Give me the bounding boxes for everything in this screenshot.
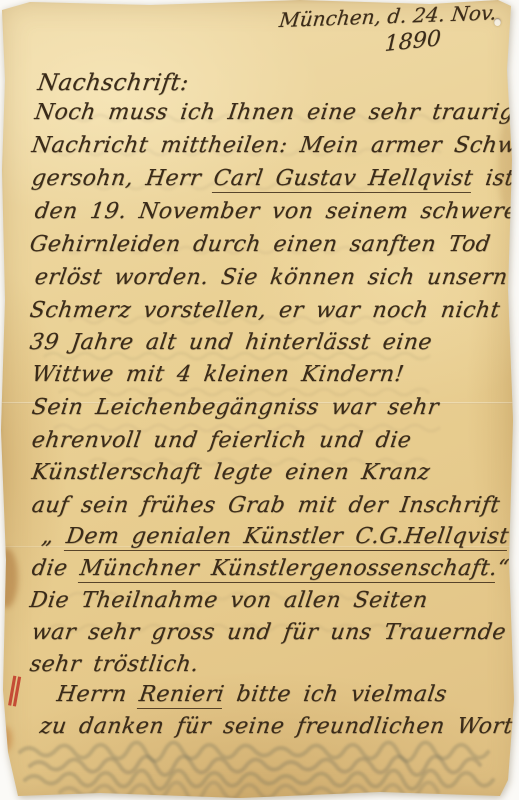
line-text: gersohn, Herr <box>30 166 215 191</box>
letter-line: auf sein frühes Grab mit der Inschrift <box>30 493 502 519</box>
letter-line: Gehirnleiden durch einen sanften Tod <box>28 232 492 258</box>
letter-line: Schmerz vorstellen, er war noch nicht <box>28 298 502 324</box>
letter-line: gersohn, Herr Carl Gustav Hellqvist ist <box>30 166 516 192</box>
line-text: Noch muss ich Ihnen eine sehr traurige <box>33 100 519 125</box>
line-text: Nachricht mittheilen: Mein armer Schwie- <box>30 133 519 158</box>
line-text: Die Theilnahme von allen Seiten <box>28 588 429 613</box>
dateline: München, d. 24. Nov. <box>278 0 498 32</box>
letter-line: den 19. November von seinem schweren <box>33 199 519 225</box>
letter-line: „ Dem genialen Künstler C.G.Hellqvist <box>40 524 510 550</box>
underlined-name: Carl Gustav Hellqvist <box>212 166 475 193</box>
dateline-year: 1890 <box>384 26 441 57</box>
line-text: bitte ich vielmals <box>222 682 448 707</box>
line-text: die <box>30 556 82 581</box>
line-text: Künstlerschaft legte einen Kranz <box>30 460 432 485</box>
letter-line: Noch muss ich Ihnen eine sehr traurige <box>33 100 519 126</box>
line-text: Schmerz vorstellen, er war noch nicht <box>28 298 502 323</box>
letter-line: Die Theilnahme von allen Seiten <box>28 588 429 614</box>
letter-line: 39 Jahre alt und hinterlässt eine <box>28 330 434 356</box>
line-text: auf sein frühes Grab mit der Inschrift <box>30 493 502 518</box>
letter-line: Herrn Renieri bitte ich vielmals <box>55 682 449 708</box>
letter-line: Künstlerschaft legte einen Kranz <box>30 460 432 486</box>
paper-stain <box>0 548 18 608</box>
line-text: ist <box>471 166 516 191</box>
dateline-place-date: München, d. 24. Nov. <box>278 0 498 32</box>
underlined-name: Renieri <box>137 682 226 709</box>
line-text: zu danken für seine freundlichen Worte <box>38 714 519 739</box>
letter-line: Sein Leichenbegängniss war sehr <box>30 395 441 421</box>
line-text: “ <box>495 556 510 581</box>
letter-line: Wittwe mit 4 kleinen Kindern! <box>30 362 406 388</box>
line-text: ehrenvoll und feierlich und die <box>30 428 413 453</box>
red-margin-mark: ‖ <box>4 671 25 708</box>
postscript-heading: Nachschrift: <box>36 70 191 96</box>
letter-line: Nachricht mittheilen: Mein armer Schwie- <box>30 133 519 159</box>
year-text: 1890 <box>384 26 441 57</box>
paper-sheet: München, d. 24. Nov. 1890 Nachschrift: N… <box>0 0 519 800</box>
underlined-inscription: Dem genialen Künstler C.G.Hellqvist <box>64 524 510 551</box>
letter-line: die Münchner Künstlergenossenschaft.“ <box>30 556 511 582</box>
line-text: Wittwe mit 4 kleinen Kindern! <box>30 362 406 387</box>
line-text: sehr tröstlich. <box>28 652 200 677</box>
letter-line: war sehr gross und für uns Trauernde <box>30 620 508 646</box>
line-text: Gehirnleiden durch einen sanften Tod <box>28 232 492 257</box>
paper-stain <box>0 726 12 752</box>
line-text: 39 Jahre alt und hinterlässt eine <box>28 330 434 355</box>
paper-surface: München, d. 24. Nov. 1890 Nachschrift: N… <box>0 0 519 800</box>
underlined-inscription: Münchner Künstlergenossenschaft. <box>78 556 499 583</box>
line-text: Sein Leichenbegängniss war sehr <box>30 395 440 420</box>
letter-line: erlöst worden. Sie können sich unsern <box>33 265 509 291</box>
letter-line: zu danken für seine freundlichen Worte <box>38 714 519 740</box>
line-text: den 19. November von seinem schweren <box>33 199 519 224</box>
line-text: Herrn <box>55 682 141 707</box>
scanned-letter-page: München, d. 24. Nov. 1890 Nachschrift: N… <box>0 0 519 800</box>
letter-line: ehrenvoll und feierlich und die <box>30 428 413 454</box>
heading-text: Nachschrift: <box>36 70 191 96</box>
letter-line: sehr tröstlich. <box>28 652 200 678</box>
line-text: erlöst worden. Sie können sich unsern <box>33 265 509 290</box>
line-text: war sehr gross und für uns Trauernde <box>30 620 508 645</box>
